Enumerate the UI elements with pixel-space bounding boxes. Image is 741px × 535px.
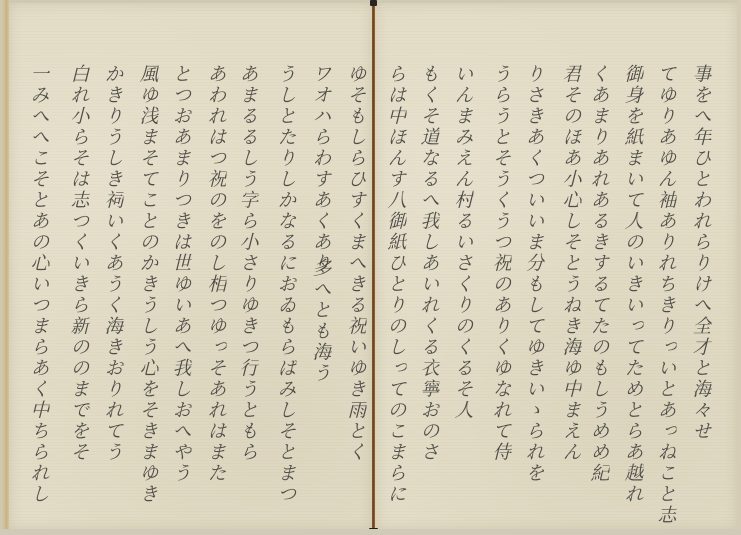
text-column: いんまみえん村るいさくりのくるそ人 [453, 64, 472, 421]
right-page-edge [737, 0, 741, 535]
text-column: あわれはつ祝のをのし相つゆっそあれはまた [206, 64, 225, 484]
text-column: らは中ほんす八御紙ひとりのしってのこまらに [386, 64, 405, 505]
text-column-lower: 多へとも海う [311, 258, 330, 384]
text-column: うしとたりしかなるにおゐもらばみしそとまつ [276, 64, 295, 505]
text-column: ゆそもしらひすくまへきる祝いゆき雨とく [346, 64, 365, 463]
text-column: 一みへへこそとあの心いつまらあく中ちられし [29, 64, 48, 505]
book-spread: 事をへ年ひとわれらりけへ全才と海々せ てゆりあゆん袖ありれちきりっいとあっねこと… [0, 0, 741, 535]
text-column: あまるるしう字ら小さりゆきつ行うともら [238, 64, 257, 463]
text-column: りさきあくついいま分もしてゆきいゝられを [524, 64, 543, 484]
text-column: もくそ道なるへ我しあいれくる衣寧おのさ [419, 64, 438, 463]
text-column: うらうとそうくうつ祝のありくゆなれて侍 [491, 64, 510, 463]
text-column: 風ゆ浅まそてことのかきうしう心をそきまゆき [138, 64, 157, 505]
text-column: とつおあまりつきは世ゆいあへ我しおへやう [171, 64, 190, 484]
text-column: 白れ小らそは志つくいきら新ののまでをそ [69, 64, 88, 463]
binding-clip-top [370, 0, 377, 6]
text-column: ワオハらわすあくあり [311, 64, 330, 274]
text-column: 君そのほあ小心しそとうねき海ゆ中まえん [561, 64, 580, 463]
text-column: てゆりあゆん袖ありれちきりっいとあっねこと志 [656, 64, 675, 526]
text-column: 事をへ年ひとわれらりけへ全才と海々せ [691, 64, 710, 442]
text-column: かきりうしき祠いくあうく海きおりれてう [103, 64, 122, 463]
bottom-margin [0, 529, 741, 535]
text-column: くあまりあれあるきするてたのもしうめめ紀 [589, 64, 608, 484]
binding-gutter [372, 0, 375, 535]
text-column: 御身を紙まいて人のいきいってためとらあ越れ [623, 64, 642, 505]
